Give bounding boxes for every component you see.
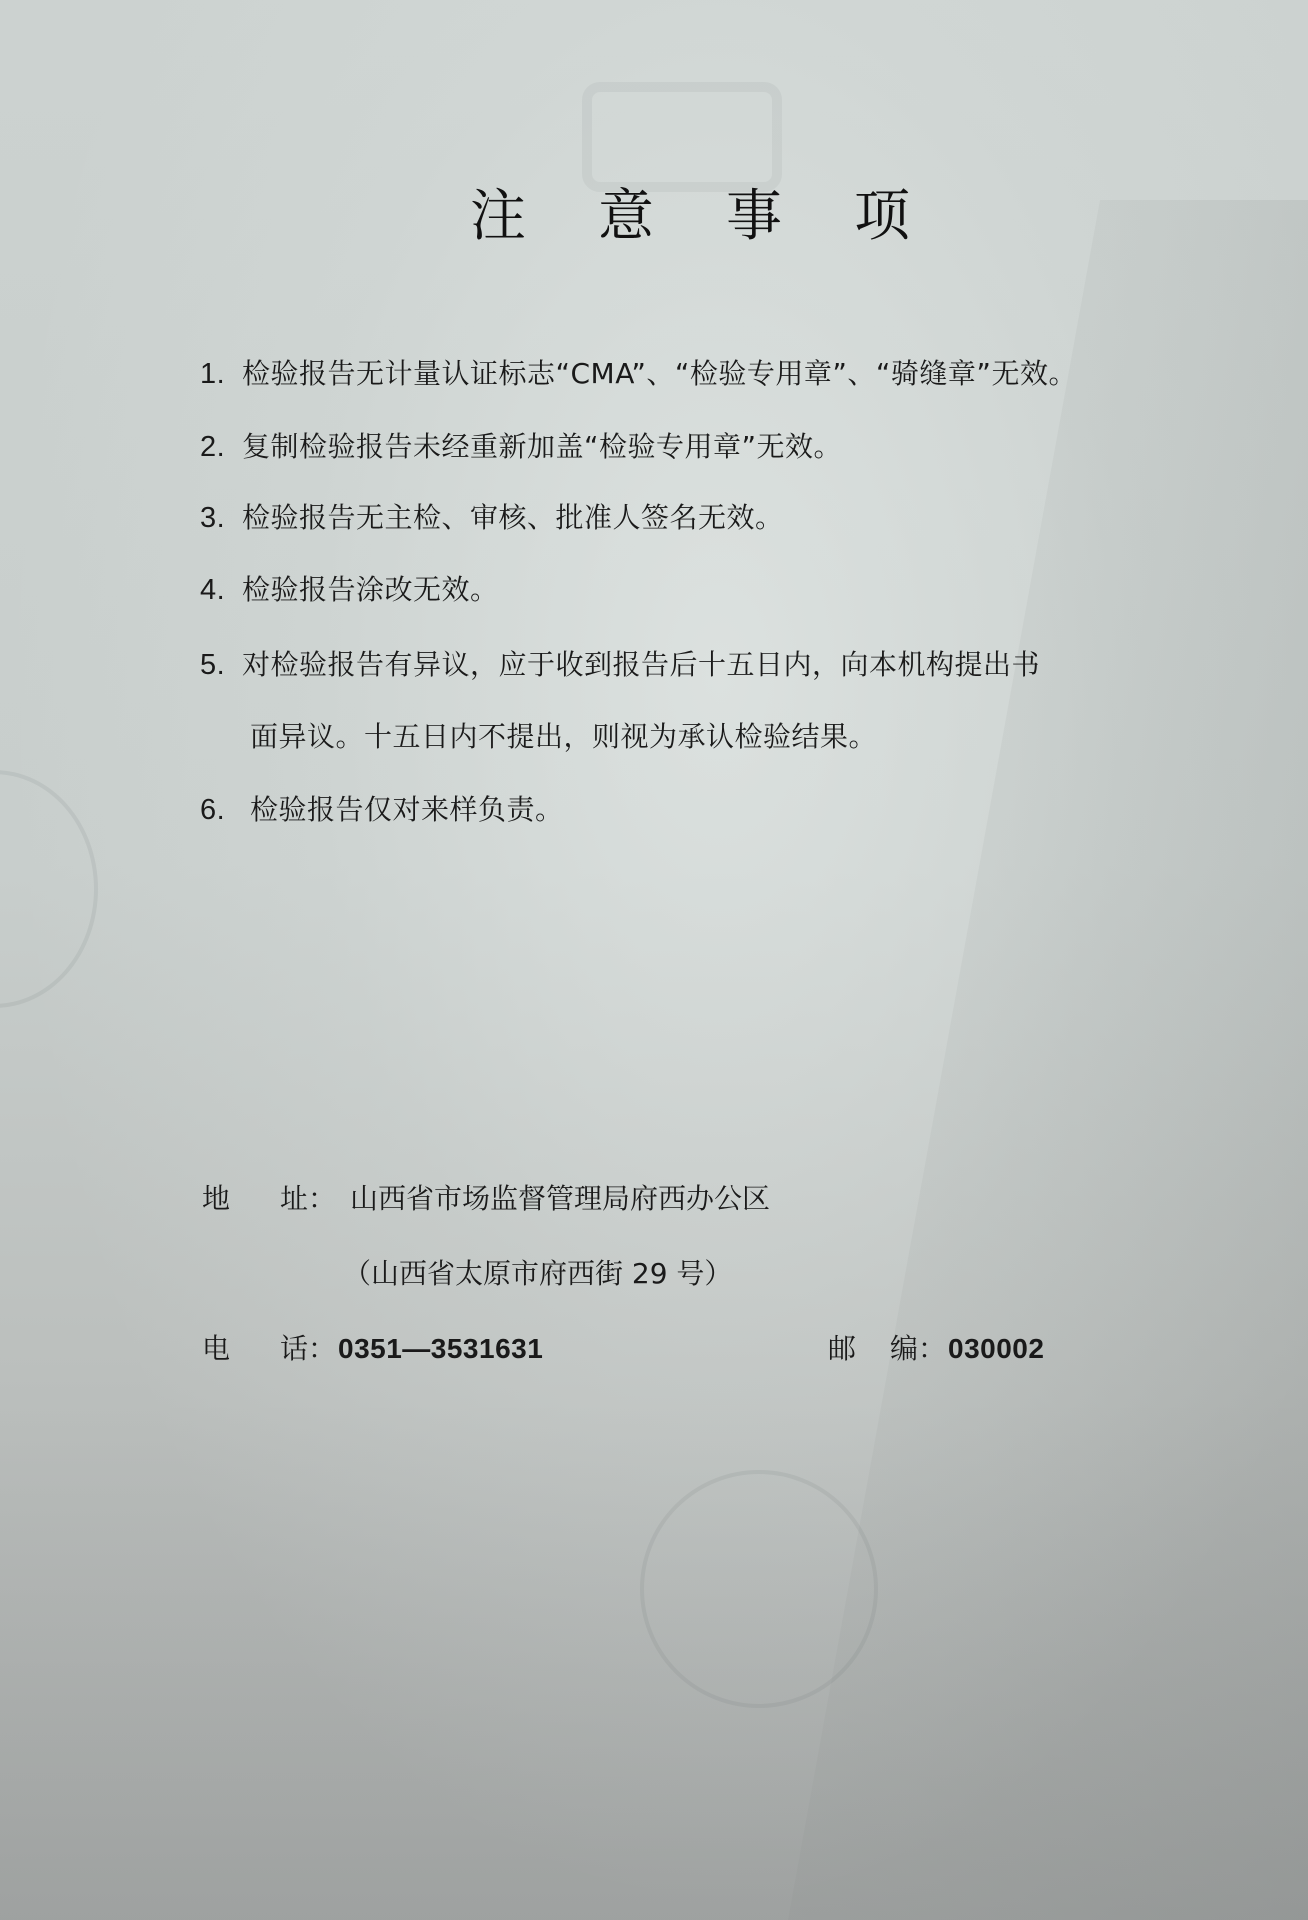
notice-item-5-continuation: 面异议。十五日内不提出，则视为承认检验结果。 (250, 715, 877, 755)
notice-item-4: 4.检验报告涂改无效。 (200, 568, 499, 608)
notice-number: 2. (200, 431, 242, 464)
address-line-1: 山西省市场监督管理局府西办公区 (350, 1182, 770, 1215)
notice-item-6: 6.检验报告仅对来样负责。 (200, 788, 564, 828)
notice-item-2: 2.复制检验报告未经重新加盖“检验专用章”无效。 (200, 425, 842, 465)
notice-text: 复制检验报告未经重新加盖“检验专用章”无效。 (242, 425, 842, 465)
notice-text: 对检验报告有异议，应于收到报告后十五日内，向本机构提出书 (242, 643, 1040, 683)
notice-text: 检验报告无计量认证标志“CMA”、“检验专用章”、“骑缝章”无效。 (242, 352, 1077, 392)
notice-document: 注 意 事 项 1.检验报告无计量认证标志“CMA”、“检验专用章”、“骑缝章”… (0, 0, 1308, 1920)
address-row: 地址：山西省市场监督管理局府西办公区 (202, 1177, 770, 1217)
address-label: 址： (280, 1177, 350, 1217)
title-char: 事 (726, 172, 782, 252)
notice-item-3: 3.检验报告无主检、审核、批准人签名无效。 (200, 496, 784, 536)
address-label: 地 (202, 1177, 280, 1217)
notice-number: 6. (200, 794, 250, 827)
notice-number: 5. (200, 649, 242, 682)
postcode-value: 030002 (948, 1333, 1044, 1364)
title-char: 意 (598, 172, 654, 252)
notice-text: 检验报告仅对来样负责。 (250, 788, 564, 828)
phone-row: 电话：0351—3531631 (202, 1327, 543, 1367)
notice-number: 1. (200, 358, 242, 391)
notice-number: 3. (200, 502, 242, 535)
notice-item-5: 5.对检验报告有异议，应于收到报告后十五日内，向本机构提出书 (200, 643, 1040, 683)
notice-text: 面异议。十五日内不提出，则视为承认检验结果。 (250, 715, 877, 755)
phone-value: 0351—3531631 (338, 1333, 543, 1364)
phone-label: 电 (202, 1327, 280, 1367)
notice-number: 4. (200, 574, 242, 607)
postcode-row: 邮编：030002 (828, 1327, 1044, 1367)
page-title: 注 意 事 项 (470, 172, 910, 252)
phone-label: 话： (280, 1327, 338, 1367)
postcode-label: 编： (890, 1327, 948, 1367)
notice-item-1: 1.检验报告无计量认证标志“CMA”、“检验专用章”、“骑缝章”无效。 (200, 352, 1077, 392)
notice-text: 检验报告无主检、审核、批准人签名无效。 (242, 496, 784, 536)
title-char: 项 (854, 172, 910, 252)
postcode-label: 邮 (828, 1327, 890, 1367)
notice-text: 检验报告涂改无效。 (242, 568, 499, 608)
address-row-2: （山西省太原市府西街 29 号） (343, 1252, 732, 1292)
title-char: 注 (470, 172, 526, 252)
address-line-2: （山西省太原市府西街 29 号） (343, 1257, 732, 1290)
